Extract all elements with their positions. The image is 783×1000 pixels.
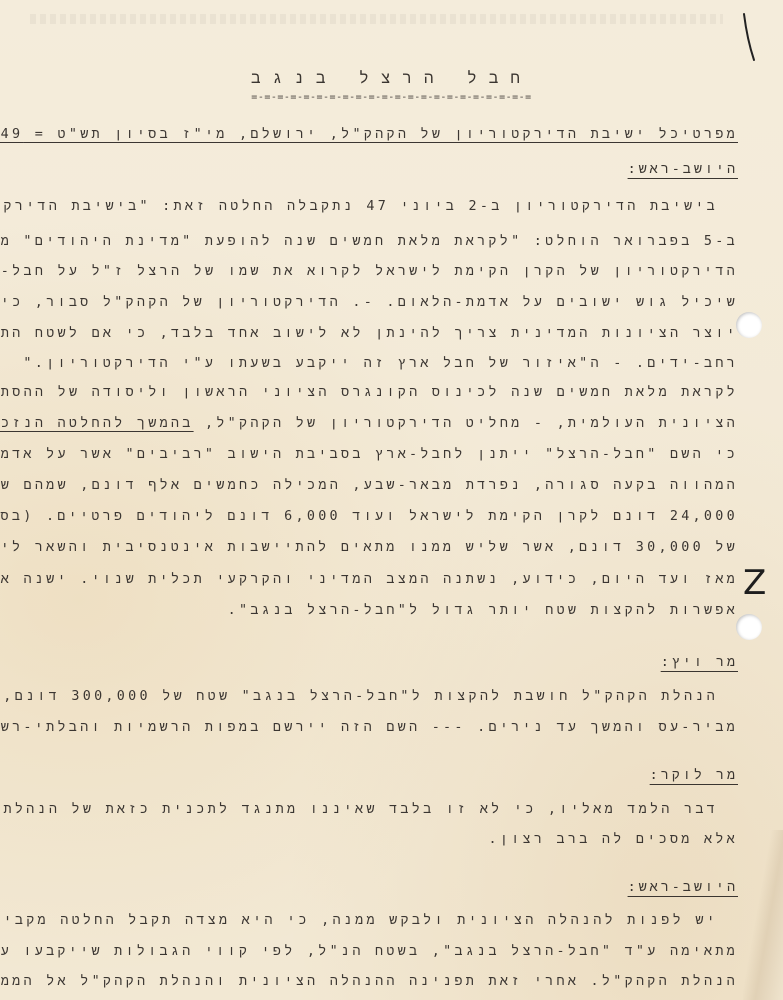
paragraph-line: יש לפנות להנהלה הציונית ולבקש ממנה, כי ה… bbox=[0, 912, 718, 930]
line-segment: הציונית העולמית, - מחליט הדירקטוריון של … bbox=[194, 416, 738, 431]
speaker-heading-chair: היושב-ראש: bbox=[628, 162, 738, 178]
punch-hole bbox=[736, 312, 762, 338]
paper-fold-edge bbox=[743, 830, 783, 1000]
paragraph-line: לקראת מלאת חמשים שנה לכינוס הקונגרס הציו… bbox=[0, 384, 738, 402]
paragraph-line: כי השם "חבל-הרצל" ייתנן לחבל-ארץ בסביבת … bbox=[0, 446, 738, 464]
paragraph-line: מאז ועד היום, כידוע, נשתנה המצב המדיני ו… bbox=[0, 571, 738, 589]
title-underline-rule: =-=-=-=-=-=-=-=-=-=-=-=-=-=-=-=-=-=-=-=-… bbox=[0, 92, 783, 103]
paragraph-line: אלא מסכים לה ברב רצון. bbox=[488, 831, 738, 849]
paragraph-line: אפשרות להקצות שטח יותר גדול ל"חבל-הרצל ב… bbox=[228, 602, 738, 620]
pen-stroke-mark bbox=[740, 10, 760, 65]
underlined-phrase: בהמשך להחלטה הנזכרת לעיל, bbox=[0, 416, 194, 431]
paragraph-line: 24,000 דונם לקרן הקימת לישראל ועוד 6,000… bbox=[0, 508, 738, 526]
punch-hole bbox=[736, 614, 762, 640]
paragraph-line: מביר-עס והמשך עד נירים. --- השם הזה יירש… bbox=[0, 719, 738, 737]
paragraph-line: יוצר הציונות המדינית צריך להינתן לא לישו… bbox=[0, 325, 738, 343]
protocol-subtitle: מפרטיכל ישיבת הדירקטוריון של הקהק"ל, ירו… bbox=[0, 126, 738, 144]
paragraph-line: דבר הלמד מאליו, כי לא זו בלבד שאיננו מתנ… bbox=[0, 801, 718, 819]
paragraph-line: הדירקטוריון של הקרן הקימת לישראל לקרוא א… bbox=[0, 263, 738, 281]
bleed-through-text bbox=[30, 14, 723, 24]
paragraph-line: מתאימה ע"ד "חבל-הרצל בנגב", בשטח הנ"ל, ל… bbox=[0, 943, 738, 961]
paragraph-line: המהווה בקעה סגורה, נפרדת מבאר-שבע, המכיל… bbox=[0, 477, 738, 495]
paragraph-line-underlined: הציונית העולמית, - מחליט הדירקטוריון של … bbox=[0, 415, 738, 433]
paragraph-line: הנהלת הקהק"ל. אחרי זאת תפנינה ההנהלה הצי… bbox=[0, 973, 738, 991]
paragraph-line: רחב-ידים. - ה"איזור של חבל ארץ זה ייקבע … bbox=[23, 355, 738, 373]
paragraph-line: הנהלת הקהק"ל חושבת להקצות ל"חבל-הרצל בנג… bbox=[0, 688, 718, 706]
paragraph-line: בישיבת הדירקטוריון ב-2 ביוני 47 נתקבלה ה… bbox=[0, 198, 718, 216]
speaker-heading-chair-2: היושב-ראש: bbox=[628, 880, 738, 896]
paragraph-line: שיכיל גוש ישובים על אדמת-הלאום. -. הדירק… bbox=[0, 294, 738, 312]
document-page: חבל הרצל בנגב =-=-=-=-=-=-=-=-=-=-=-=-=-… bbox=[0, 0, 783, 1000]
paragraph-line: של 30,000 דונם, אשר שליש ממנו מתאים להתי… bbox=[0, 539, 738, 557]
page-title: חבל הרצל בנגב bbox=[0, 68, 783, 88]
handwritten-margin-letter: Z bbox=[743, 563, 766, 603]
speaker-heading-weitz: מר ויץ: bbox=[661, 655, 738, 671]
speaker-heading-locker: מר לוקר: bbox=[650, 768, 738, 784]
paragraph-line: ב-5 בפברואר הוחלט: "לקראת מלאת חמשים שנה… bbox=[0, 233, 738, 251]
